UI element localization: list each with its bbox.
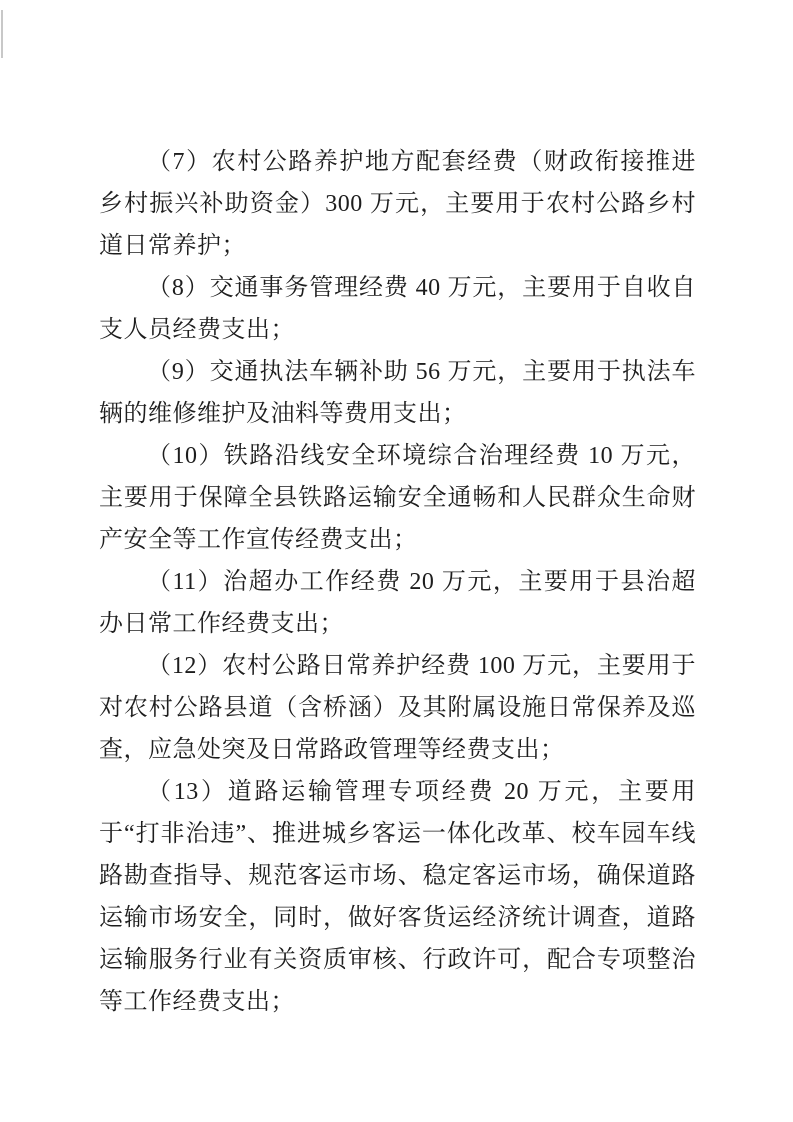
document-body: （7）农村公路养护地方配套经费（财政衔接推进乡村振兴补助资金）300 万元，主要…	[99, 141, 696, 1023]
scan-edge-artifact	[1, 10, 3, 58]
document-page: （7）农村公路养护地方配套经费（财政衔接推进乡村振兴补助资金）300 万元，主要…	[0, 0, 793, 1122]
budget-item-8: （8）交通事务管理经费 40 万元，主要用于自收自支人员经费支出；	[99, 267, 696, 351]
budget-item-9: （9）交通执法车辆补助 56 万元，主要用于执法车辆的维修维护及油料等费用支出；	[99, 351, 696, 435]
budget-item-7: （7）农村公路养护地方配套经费（财政衔接推进乡村振兴补助资金）300 万元，主要…	[99, 141, 696, 267]
budget-item-10: （10）铁路沿线安全环境综合治理经费 10 万元，主要用于保障全县铁路运输安全通…	[99, 435, 696, 561]
budget-item-12: （12）农村公路日常养护经费 100 万元，主要用于对农村公路县道（含桥涵）及其…	[99, 645, 696, 771]
budget-item-13: （13）道路运输管理专项经费 20 万元，主要用于“打非治违”、推进城乡客运一体…	[99, 771, 696, 1023]
budget-item-11: （11）治超办工作经费 20 万元，主要用于县治超办日常工作经费支出；	[99, 561, 696, 645]
